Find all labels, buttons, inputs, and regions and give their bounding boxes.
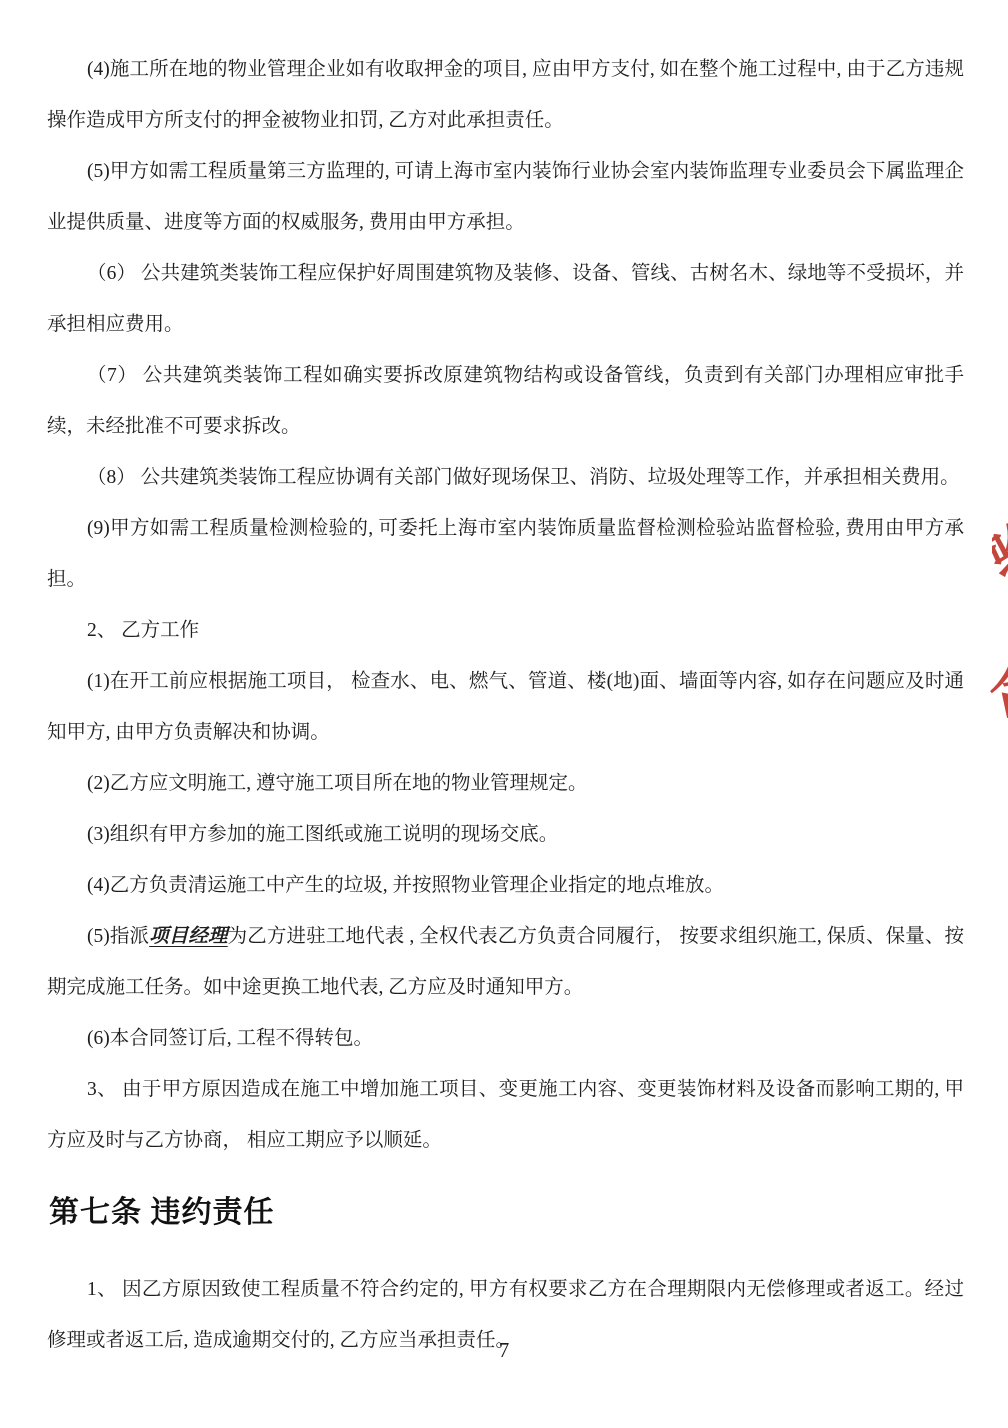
clause-party-b-4: (4)乙方负责清运施工中产生的垃圾, 并按照物业管理企业指定的地点堆放。 bbox=[47, 860, 964, 911]
clause-party-b-5-prefix: (5)指派 bbox=[87, 926, 149, 947]
contract-body: (4)施工所在地的物业管理企业如有收取押金的项目, 应由甲方支付, 如在整个施工… bbox=[47, 44, 964, 1366]
clause-party-a-9: (9)甲方如需工程质量检测检验的, 可委托上海市室内装饰质量监督检测检验站监督检… bbox=[47, 503, 964, 605]
clause-party-a-5: (5)甲方如需工程质量第三方监理的, 可请上海市室内装饰行业协会室内装饰监理专业… bbox=[47, 146, 964, 248]
seal-glyph-icon: 验 bbox=[992, 519, 1008, 588]
project-manager-filled-field: 项目经理 bbox=[149, 926, 228, 947]
clause-party-a-7: （7） 公共建筑类装饰工程如确实要拆改原建筑物结构或设备管线，负责到有关部门办理… bbox=[47, 350, 964, 452]
clause-party-a-8: （8） 公共建筑类装饰工程应协调有关部门做好现场保卫、消防、垃圾处理等工作，并承… bbox=[47, 452, 964, 503]
clause-party-b-5: (5)指派项目经理为乙方进驻工地代表 , 全权代表乙方负责合同履行， 按要求组织… bbox=[47, 911, 964, 1013]
subsection-party-b-work-title: 2、 乙方工作 bbox=[47, 605, 964, 656]
clause-party-b-2: (2)乙方应文明施工, 遵守施工项目所在地的物业管理规定。 bbox=[47, 758, 964, 809]
page-number: 7 bbox=[0, 1338, 1008, 1363]
red-seal-fragment-top: 验 bbox=[992, 512, 1008, 588]
red-seal-fragment-bottom: 合 bbox=[990, 638, 1008, 718]
section-heading-article-7: 第七条 违约责任 bbox=[47, 1192, 964, 1234]
clause-party-a-6: （6） 公共建筑类装饰工程应保护好周围建筑物及装修、设备、管线、古树名木、绿地等… bbox=[47, 248, 964, 350]
clause-schedule-extension: 3、 由于甲方原因造成在施工中增加施工项目、变更施工内容、变更装饰材料及设备而影… bbox=[47, 1064, 964, 1166]
clause-party-a-4: (4)施工所在地的物业管理企业如有收取押金的项目, 应由甲方支付, 如在整个施工… bbox=[47, 44, 964, 146]
clause-party-b-6: (6)本合同签订后, 工程不得转包。 bbox=[47, 1013, 964, 1064]
clause-party-b-1: (1)在开工前应根据施工项目， 检查水、电、燃气、管道、楼(地)面、墙面等内容,… bbox=[47, 656, 964, 758]
seal-glyph-icon: 合 bbox=[990, 645, 1008, 718]
clause-party-b-3: (3)组织有甲方参加的施工图纸或施工说明的现场交底。 bbox=[47, 809, 964, 860]
contract-page: (4)施工所在地的物业管理企业如有收取押金的项目, 应由甲方支付, 如在整个施工… bbox=[0, 0, 1008, 1428]
